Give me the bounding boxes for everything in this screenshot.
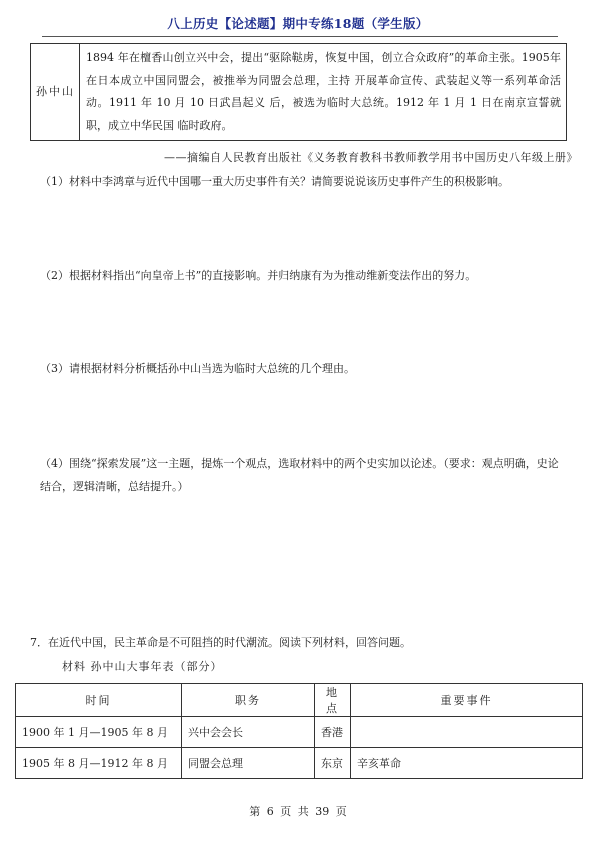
document-title: 八上历史【论述题】期中专练18题（学生版） [0,14,596,32]
header-divider [42,36,558,37]
header-post: 职务 [182,684,315,717]
question-4: （4）围绕“探索发展”这一主题，提炼一个观点，选取材料中的两个史实加以论述。（要… [40,452,560,498]
page-number: 第 6 页 共 39 页 [0,803,596,819]
chronology-table: 时间 职务 地点 重要事件 1900 年 1 月—1905 年 8 月 兴中会会… [15,683,583,779]
table-row: 1900 年 1 月—1905 年 8 月 兴中会会长 香港 [16,717,583,748]
cell-time: 1900 年 1 月—1905 年 8 月 [16,717,182,748]
source-citation: ——摘编自人民教育出版社《义务教育教科书教师教学用书中国历史八年级上册》 [164,149,578,165]
bio-name-cell: 孙中山 [31,44,80,141]
question-1: （1）材料中李鸿章与近代中国哪一重大历史事件有关？请简要说说该历史事件产生的积极… [40,170,560,193]
header-place: 地点 [315,684,351,717]
question-2: （2）根据材料指出“向皇帝上书”的直接影响。并归纳康有为为推动维新变法作出的努力… [40,264,560,287]
cell-post: 同盟会总理 [182,748,315,779]
cell-event: 辛亥革命 [351,748,583,779]
header-time: 时间 [16,684,182,717]
cell-place: 香港 [315,717,351,748]
sun-yatsen-bio-table: 孙中山 1894 年在檀香山创立兴中会，提出“驱除鞑虏，恢复中国，创立合众政府”… [30,43,567,141]
table-row: 1905 年 8 月—1912 年 8 月 同盟会总理 东京 辛亥革命 [16,748,583,779]
table-header-row: 时间 职务 地点 重要事件 [16,684,583,717]
question-7-stem: 7．在近代中国，民主革命是不可阻挡的时代潮流。阅读下列材料，回答问题。 [30,634,411,650]
material-label: 材料 孙中山大事年表（部分） [62,658,223,674]
bio-text-cell: 1894 年在檀香山创立兴中会，提出“驱除鞑虏，恢复中国，创立合众政府”的革命主… [80,44,567,141]
cell-time: 1905 年 8 月—1912 年 8 月 [16,748,182,779]
cell-place: 东京 [315,748,351,779]
cell-post: 兴中会会长 [182,717,315,748]
header-event: 重要事件 [351,684,583,717]
question-3: （3）请根据材料分析概括孙中山当选为临时大总统的几个理由。 [40,357,560,380]
cell-event [351,717,583,748]
